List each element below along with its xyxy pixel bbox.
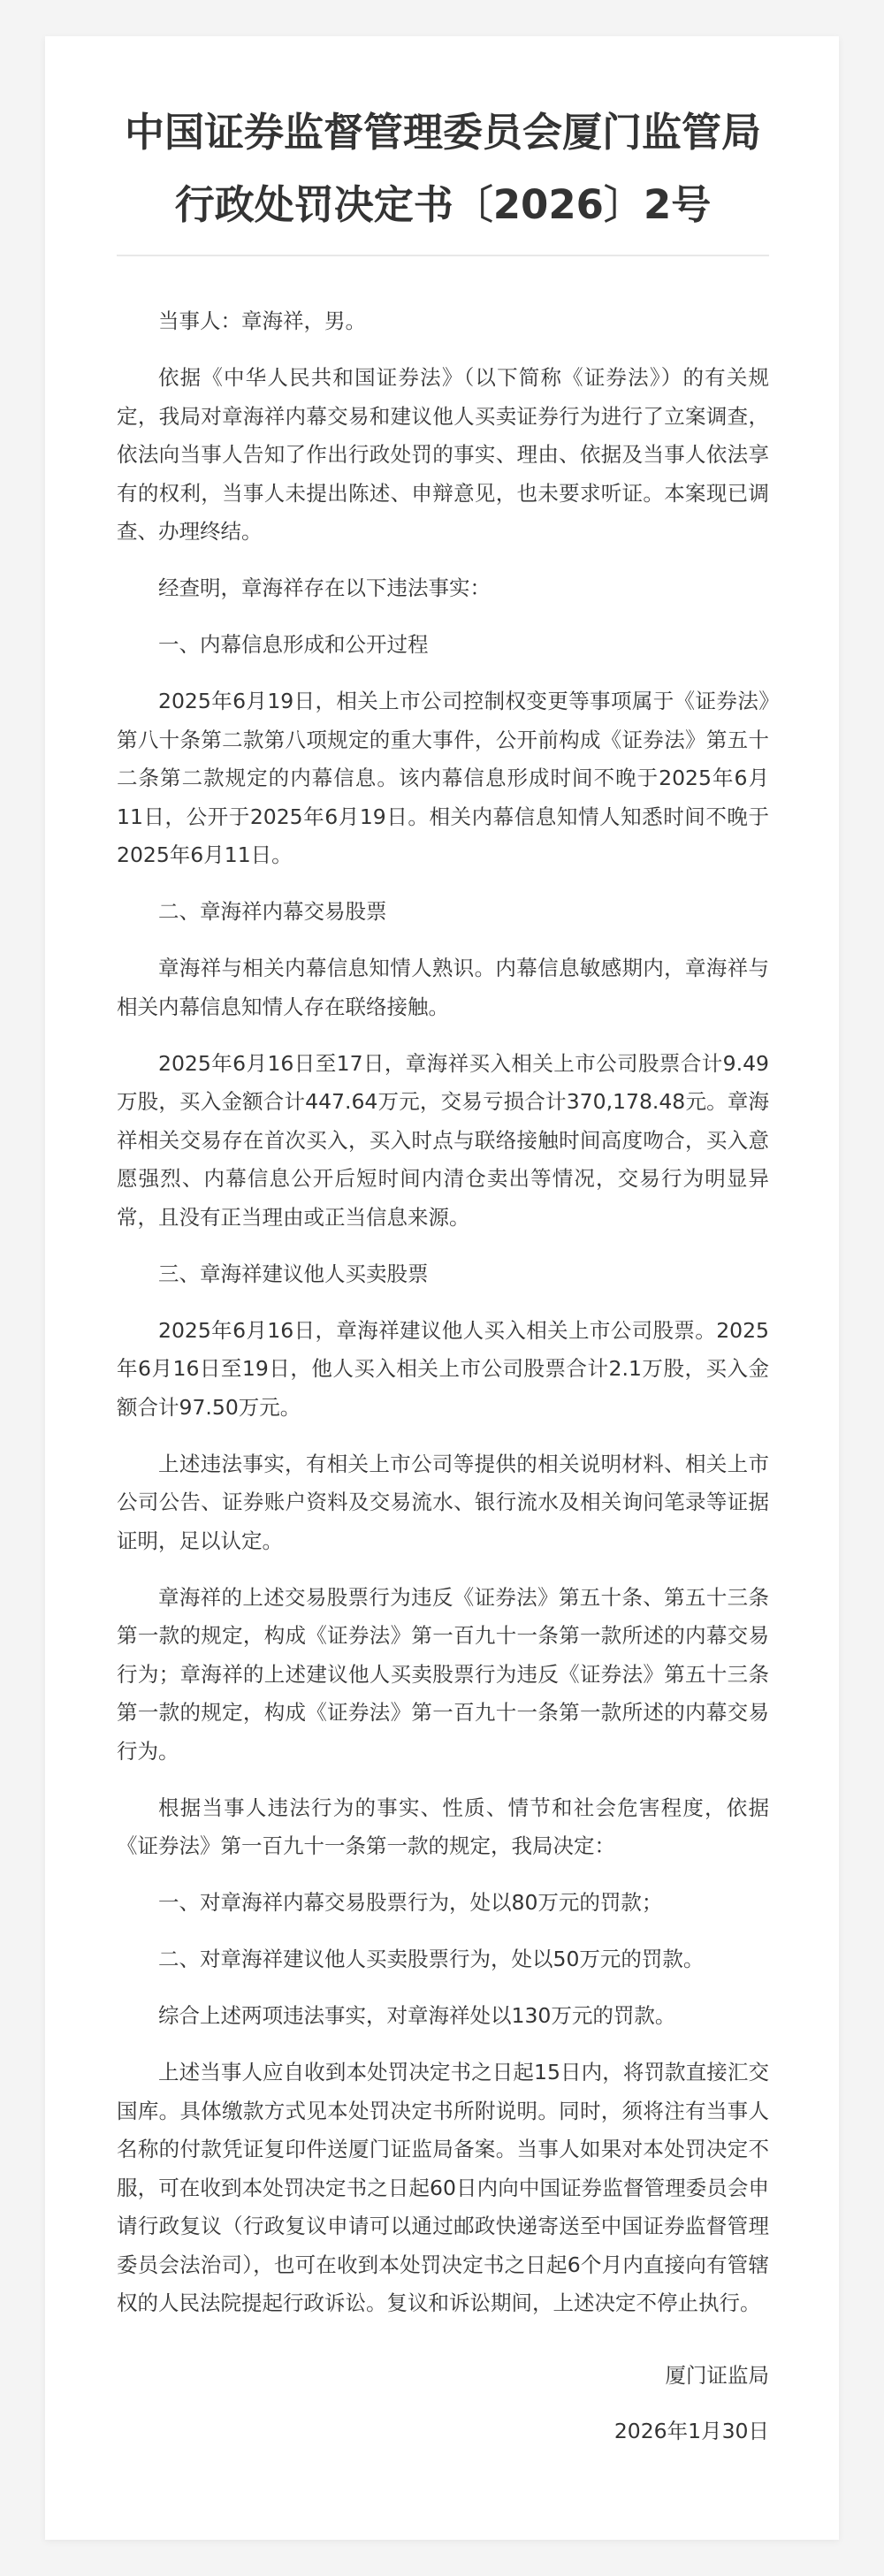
document-body: 当事人：章海祥，男。 依据《中华人民共和国证券法》（以下简称《证券法》）的有关规… <box>117 302 769 2323</box>
trading-paragraph: 2025年6月16日至17日，章海祥买入相关上市公司股票合计9.49万股，买入金… <box>117 1045 769 1238</box>
payment-and-appeal-paragraph: 上述当事人应自收到本处罚决定书之日起15日内，将罚款直接汇交国库。具体缴款方式见… <box>117 2054 769 2323</box>
contact-paragraph: 章海祥与相关内幕信息知情人熟识。内幕信息敏感期内，章海祥与相关内幕信息知情人存在… <box>117 949 769 1026</box>
document-card: 中国证券监督管理委员会厦门监管局 行政处罚决定书〔2026〕2号 当事人：章海祥… <box>45 36 839 2540</box>
penalty-item-1: 一、对章海祥内幕交易股票行为，处以80万元的罚款； <box>117 1884 769 1923</box>
penalty-total: 综合上述两项违法事实，对章海祥处以130万元的罚款。 <box>117 1997 769 2036</box>
section-heading-2: 二、章海祥内幕交易股票 <box>117 893 769 932</box>
violation-paragraph: 章海祥的上述交易股票行为违反《证券法》第五十条、第五十三条第一款的规定，构成《证… <box>117 1579 769 1772</box>
evidence-paragraph: 上述违法事实，有相关上市公司等提供的相关说明材料、相关上市公司公告、证券账户资料… <box>117 1445 769 1561</box>
decision-intro-paragraph: 根据当事人违法行为的事实、性质、情节和社会危害程度，依据《证券法》第一百九十一条… <box>117 1789 769 1866</box>
recommendation-paragraph: 2025年6月16日，章海祥建议他人买入相关上市公司股票。2025年6月16日至… <box>117 1312 769 1428</box>
penalty-item-2: 二、对章海祥建议他人买卖股票行为，处以50万元的罚款。 <box>117 1940 769 1979</box>
section-heading-3: 三、章海祥建议他人买卖股票 <box>117 1255 769 1294</box>
findings-intro-paragraph: 经查明，章海祥存在以下违法事实： <box>117 569 769 608</box>
title-line-issuer: 中国证券监督管理委员会厦门监管局 <box>117 96 769 169</box>
basis-paragraph: 依据《中华人民共和国证券法》（以下简称《证券法》）的有关规定，我局对章海祥内幕交… <box>117 359 769 552</box>
signature-block: 厦门证监局 2026年1月30日 <box>117 2357 769 2451</box>
issuer-signature: 厦门证监局 <box>117 2357 769 2396</box>
issue-date: 2026年1月30日 <box>117 2412 769 2451</box>
section-heading-1: 一、内幕信息形成和公开过程 <box>117 626 769 665</box>
title-divider <box>117 255 769 256</box>
insider-info-paragraph: 2025年6月19日，相关上市公司控制权变更等事项属于《证券法》第八十条第二款第… <box>117 682 769 875</box>
title-line-decision-number: 行政处罚决定书〔2026〕2号 <box>117 169 769 241</box>
document-title: 中国证券监督管理委员会厦门监管局 行政处罚决定书〔2026〕2号 <box>117 96 769 241</box>
party-paragraph: 当事人：章海祥，男。 <box>117 302 769 341</box>
